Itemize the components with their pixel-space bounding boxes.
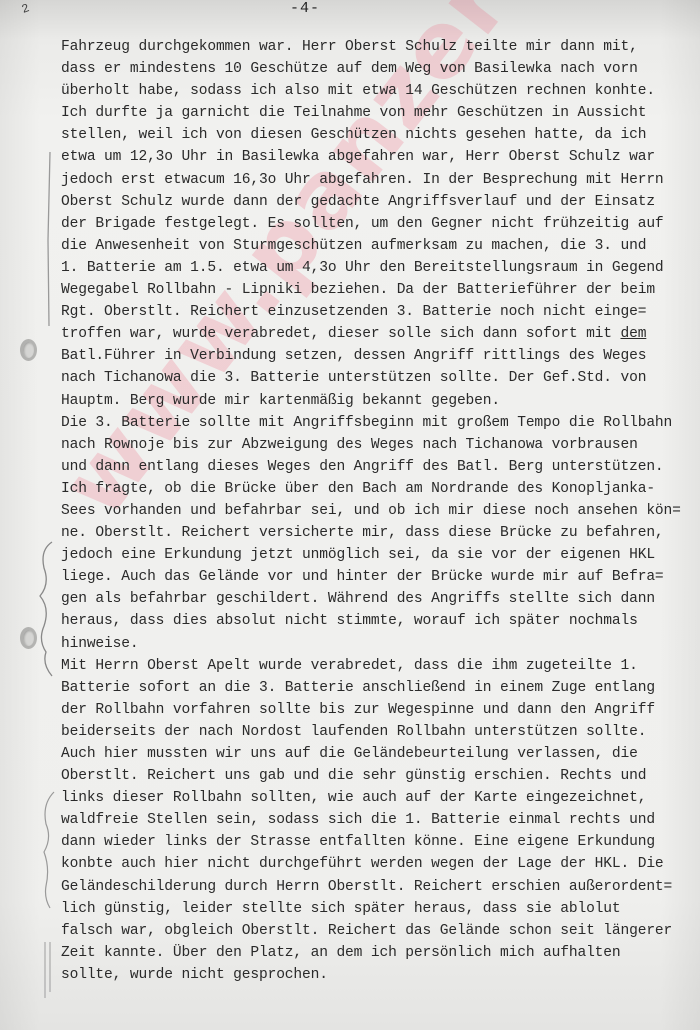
text-line: jedoch eine Erkundung jetzt unmöglich se…	[61, 544, 700, 566]
text-line: Batl.Führer in Verbindung setzen, dessen…	[61, 345, 700, 367]
text-line: liege. Auch das Gelände vor und hinter d…	[61, 566, 700, 588]
text-line: der Brigade festgelegt. Es sollten, um d…	[61, 213, 700, 235]
text-line: troffen war, wurde verabredet, dieser so…	[61, 323, 700, 345]
text-line: die Anwesenheit von Sturmgeschützen aufm…	[61, 235, 700, 257]
document-page: 2 -4- www.panzerarchiv.org Fahrzeug durc…	[0, 0, 700, 1030]
text-line: Batterie sofort an die 3. Batterie ansch…	[61, 677, 700, 699]
text-line: 1. Batterie am 1.5. etwa um 4,3o Uhr den…	[61, 257, 700, 279]
text-line: überholt habe, sodass ich also mit etwa …	[61, 80, 700, 102]
text-line: Geländeschilderung durch Herrn Oberstlt.…	[61, 876, 700, 898]
punch-hole-icon	[20, 339, 37, 361]
typewritten-text: Fahrzeug durchgekommen war. Herr Oberst …	[61, 36, 700, 986]
page-number: -4-	[290, 0, 320, 17]
text-line: ne. Oberstlt. Reichert versicherte mir, …	[61, 522, 700, 544]
punch-hole-icon	[20, 627, 37, 649]
text-line: jedoch erst etwacum 16,3o Uhr abgefahren…	[61, 169, 700, 191]
text-line: etwa um 12,3o Uhr in Basilewka abgefahre…	[61, 146, 700, 168]
text-line: hinweise.	[61, 633, 700, 655]
text-line: konbte auch hier nicht durchgeführt werd…	[61, 853, 700, 875]
text-line: und dann entlang dieses Weges den Angrif…	[61, 456, 700, 478]
text-line: Ich fragte, ob die Brücke über den Bach …	[61, 478, 700, 500]
margin-brace-icon	[38, 790, 58, 910]
text-line: Sees vorhanden und befahrbar sei, und ob…	[61, 500, 700, 522]
margin-double-line-icon	[42, 940, 54, 1000]
underlined-word: dem	[621, 326, 647, 342]
text-line: Mit Herrn Oberst Apelt wurde verabredet,…	[61, 655, 700, 677]
text-line: stellen, weil ich von diesen Geschützen …	[61, 124, 700, 146]
text-line: beiderseits der nach Nordost laufenden R…	[61, 721, 700, 743]
text-line: falsch war, obgleich Oberstlt. Reichert …	[61, 920, 700, 942]
text-line: lich günstig, leider stellte sich später…	[61, 898, 700, 920]
text-line: Hauptm. Berg wurde mir kartenmäßig bekan…	[61, 390, 700, 412]
text-line: Fahrzeug durchgekommen war. Herr Oberst …	[61, 36, 700, 58]
text-line: der Rollbahn vorfahren sollte bis zur We…	[61, 699, 700, 721]
margin-bracket-icon	[42, 150, 56, 330]
text-line: sollte, wurde nicht gesprochen.	[61, 964, 700, 986]
text-line: Auch hier mussten wir uns auf die Geländ…	[61, 743, 700, 765]
corner-mark: 2	[20, 1, 32, 17]
text-line: dann wieder links der Strasse entfallten…	[61, 831, 700, 853]
text-line: dass er mindestens 10 Geschütze auf dem …	[61, 58, 700, 80]
text-line: waldfreie Stellen sein, sodass sich die …	[61, 809, 700, 831]
text-line: Zeit kannte. Über den Platz, an dem ich …	[61, 942, 700, 964]
text-line: links dieser Rollbahn sollten, wie auch …	[61, 787, 700, 809]
margin-brace-icon	[36, 540, 58, 680]
text-line: heraus, dass dies absolut nicht stimmte,…	[61, 610, 700, 632]
text-line: nach Tichanowa die 3. Batterie unterstüt…	[61, 367, 700, 389]
text-line: Oberstlt. Reichert uns gab und die sehr …	[61, 765, 700, 787]
text-line: Die 3. Batterie sollte mit Angriffsbegin…	[61, 412, 700, 434]
text-line: Oberst Schulz wurde dann der gedachte An…	[61, 191, 700, 213]
text-line: Ich durfte ja garnicht die Teilnahme von…	[61, 102, 700, 124]
text-line: nach Rownoje bis zur Abzweigung des Wege…	[61, 434, 700, 456]
text-line: Rgt. Oberstlt. Reichert einzusetzenden 3…	[61, 301, 700, 323]
text-line: Wegegabel Rollbahn - Lipniki beziehen. D…	[61, 279, 700, 301]
text-line: gen als befahrbar geschildert. Während d…	[61, 588, 700, 610]
